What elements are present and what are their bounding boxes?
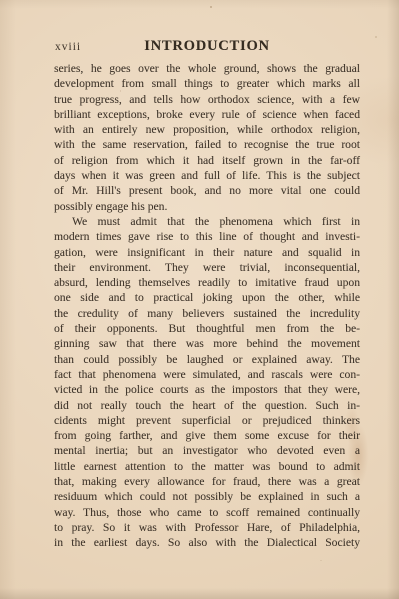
text-line: of Mr. Hill's present book, and no more … xyxy=(54,183,360,198)
text-line: that, making every allowance for fraud, … xyxy=(54,474,360,489)
text-line: than could possibly be laughed or explai… xyxy=(54,352,360,367)
text-line: to pray. So it was with Professor Hare, … xyxy=(54,520,360,535)
text-line: little earnest attention to the matter w… xyxy=(54,459,360,474)
paragraph: series, he goes over the whole ground, s… xyxy=(54,61,360,214)
text-line: their environment. They were trivial, in… xyxy=(54,260,360,275)
page-number: xviii xyxy=(55,41,81,53)
text-line: We must admit that the phenomena which f… xyxy=(54,214,360,229)
text-line: true progress, and tells how orthodox sc… xyxy=(54,92,360,107)
text-line: fact that phenomena were simulated, and … xyxy=(54,367,360,382)
text-line: gation, were insignificant in their natu… xyxy=(54,245,360,260)
text-line: in the earliest days. So also with the D… xyxy=(54,535,360,550)
text-line: with an entirely new proposition, while … xyxy=(54,122,360,137)
text-line: cidents might prevent superficial or pre… xyxy=(54,413,360,428)
paper-speck xyxy=(320,560,322,561)
text-line: mental inertia; but an investigator who … xyxy=(54,443,360,458)
text-line: of religion from which it had itself gro… xyxy=(54,153,360,168)
paper-speck xyxy=(210,6,212,8)
text-line: absurd, lending themselves readily to im… xyxy=(54,275,360,290)
page-body: series, he goes over the whole ground, s… xyxy=(54,61,360,551)
text-line: development from small things to greater… xyxy=(54,76,360,91)
text-line: the credulity of many believers sustaine… xyxy=(54,306,360,321)
text-line: victed in the police courts as the impos… xyxy=(54,382,360,397)
page-header: xviii INTRODUCTION xyxy=(54,38,360,54)
text-line: possibly engage his pen. xyxy=(54,199,360,214)
text-line: days when it was green and full of life.… xyxy=(54,168,360,183)
text-line: of their opponents. But thoughtful men f… xyxy=(54,321,360,336)
text-line: series, he goes over the whole ground, s… xyxy=(54,61,360,76)
text-line: modern times gave rise to this line of t… xyxy=(54,229,360,244)
text-line: from going farther, and give them some e… xyxy=(54,428,360,443)
paragraph: We must admit that the phenomena which f… xyxy=(54,214,360,551)
text-line: way. Thus, those who came to scoff remai… xyxy=(54,505,360,520)
text-line: ginning saw that there was more behind t… xyxy=(54,336,360,351)
scanned-book-page: xviii INTRODUCTION series, he goes over … xyxy=(0,0,399,599)
text-line: did not really touch the heart of the qu… xyxy=(54,398,360,413)
text-line: with the same reservation, failed to rec… xyxy=(54,137,360,152)
text-line: one side and to practical joking upon th… xyxy=(54,290,360,305)
text-line: residuum which could not possibly be exp… xyxy=(54,489,360,504)
paper-speck xyxy=(375,36,377,38)
text-line: brilliant exceptions, broke every rule o… xyxy=(54,107,360,122)
chapter-title: INTRODUCTION xyxy=(54,38,360,55)
